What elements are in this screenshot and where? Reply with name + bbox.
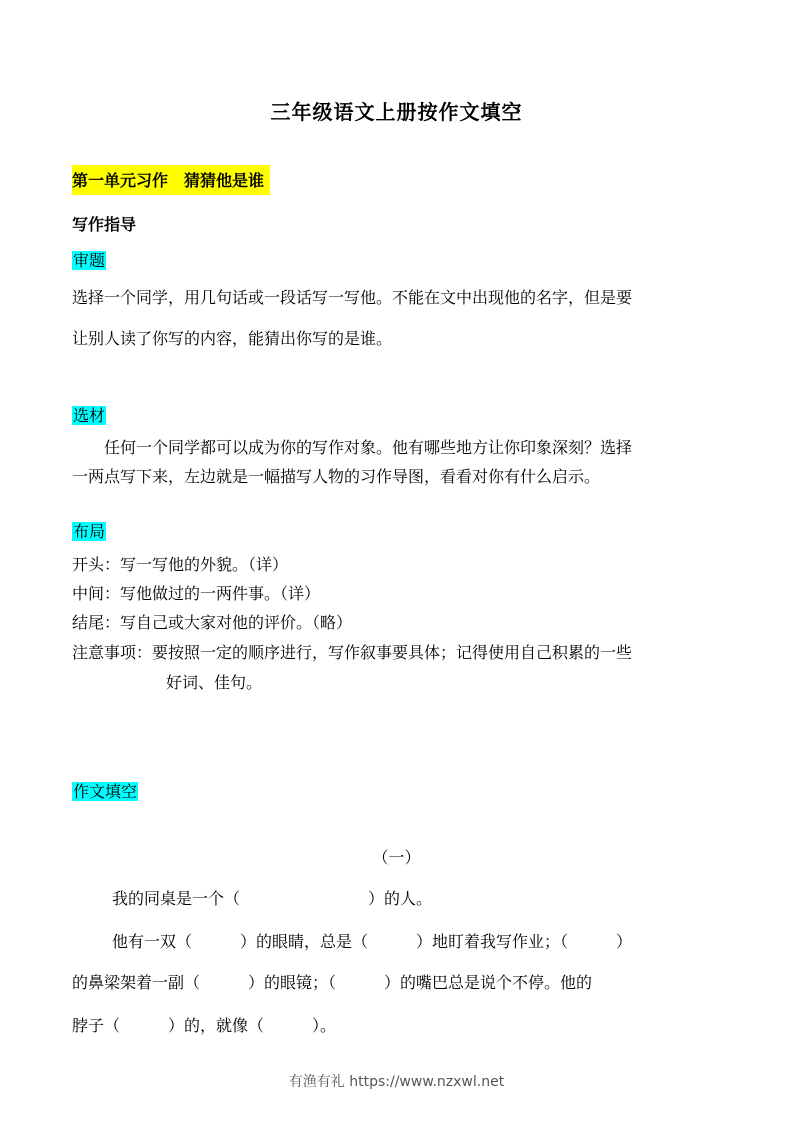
xuancai-line-2: 一两点写下来，左边就是一幅描写人物的习作导图，看看对你有什么启示。	[72, 464, 600, 487]
buju-notes-cont: 好词、佳句。	[166, 670, 262, 693]
footer-watermark: 有渔有礼 https://www.nzxwl.net	[0, 1071, 793, 1091]
buju-notes: 注意事项：要按照一定的顺序进行，写作叙事要具体；记得使用自己积累的一些	[72, 640, 632, 663]
fill-line-3: 的鼻梁架着一副（ ）的眼镜；（ ）的嘴巴总是说个不停。他的	[72, 970, 592, 993]
section-tag-buju: 布局	[72, 519, 106, 545]
unit-heading: 第一单元习作 猜猜他是谁	[72, 165, 270, 195]
section-tag-shenti: 审题	[72, 248, 106, 274]
document-title: 三年级语文上册按作文填空	[0, 96, 793, 125]
fill-line-4: 脖子（ ）的，就像（ ）。	[72, 1013, 336, 1036]
section-tag-label: 作文填空	[72, 782, 138, 801]
shenti-line-2: 让别人读了你写的内容，能猜出你写的是谁。	[72, 326, 392, 349]
section-tag-label: 布局	[72, 522, 106, 541]
section-tag-label: 选材	[72, 406, 106, 425]
section-tag-tiankong: 作文填空	[72, 779, 138, 805]
buju-opening: 开头：写一写他的外貌。（详）	[72, 552, 288, 575]
section-tag-label: 审题	[72, 251, 106, 270]
shenti-line-1: 选择一个同学，用几句话或一段话写一写他。不能在文中出现他的名字，但是要	[72, 285, 632, 308]
section-tag-xuancai: 选材	[72, 403, 106, 429]
exercise-number: （一）	[0, 845, 793, 868]
buju-middle: 中间：写他做过的一两件事。（详）	[72, 581, 320, 604]
buju-ending: 结尾：写自己或大家对他的评价。（略）	[72, 610, 352, 633]
fill-line-2: 他有一双（ ）的眼睛，总是（ ）地盯着我写作业；（ ）	[112, 929, 632, 952]
writing-guide-heading: 写作指导	[72, 212, 136, 235]
xuancai-line-1: 任何一个同学都可以成为你的写作对象。他有哪些地方让你印象深刻？选择	[104, 435, 632, 458]
fill-line-1: 我的同桌是一个（ ）的人。	[112, 886, 432, 909]
